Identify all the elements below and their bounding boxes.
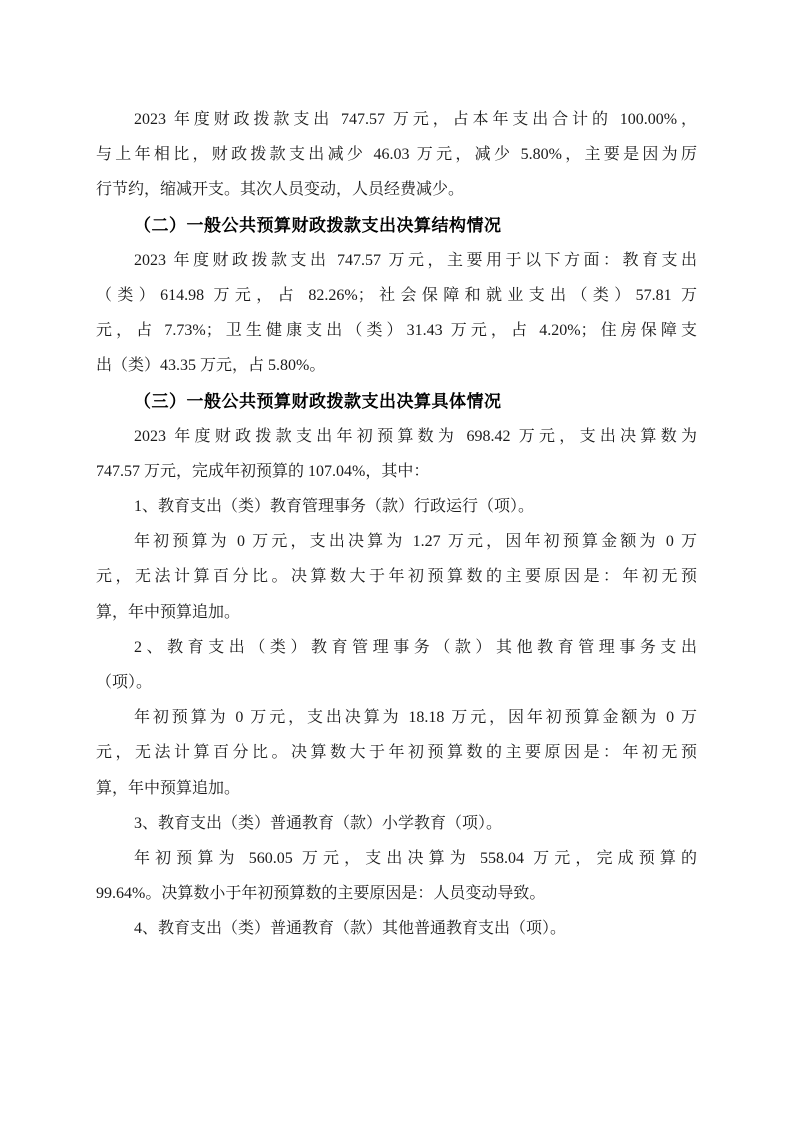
- paragraph-line: 出（类）43.35 万元，占 5.80%。: [96, 348, 697, 383]
- paragraph-line: 1、教育支出（类）教育管理事务（款）行政运行（项）。: [96, 489, 697, 524]
- paragraph-line: 2023 年度财政拨款支出 747.57 万元，主要用于以下方面：教育支出: [96, 243, 697, 278]
- document-page: 2023 年度财政拨款支出 747.57 万元，占本年支出合计的 100.00%…: [0, 0, 793, 1122]
- paragraph-line: 2023 年度财政拨款支出 747.57 万元，占本年支出合计的 100.00%…: [96, 102, 697, 137]
- paragraph-line: （类）614.98 万元，占 82.26%；社会保障和就业支出（类）57.81 …: [96, 278, 697, 313]
- paragraph-line: 行节约，缩减开支。其次人员变动，人员经费减少。: [96, 172, 697, 207]
- paragraph-line: 2023 年度财政拨款支出年初预算数为 698.42 万元，支出决算数为: [96, 419, 697, 454]
- paragraph-line: 与上年相比，财政拨款支出减少 46.03 万元，减少 5.80%，主要是因为厉: [96, 137, 697, 172]
- paragraph-line: 2、教育支出（类）教育管理事务（款）其他教育管理事务支出: [96, 630, 697, 665]
- paragraph-line: 年初预算为 0 万元，支出决算为 1.27 万元，因年初预算金额为 0 万: [96, 524, 697, 559]
- paragraph-line: （项）。: [96, 665, 697, 700]
- paragraph-line: 747.57 万元，完成年初预算的 107.04%，其中：: [96, 454, 697, 489]
- paragraph-line: 元，无法计算百分比。决算数大于年初预算数的主要原因是：年初无预: [96, 735, 697, 770]
- section-heading: （三）一般公共预算财政拨款支出决算具体情况: [96, 384, 697, 419]
- paragraph-line: 元，无法计算百分比。决算数大于年初预算数的主要原因是：年初无预: [96, 559, 697, 594]
- paragraph-line: 3、教育支出（类）普通教育（款）小学教育（项）。: [96, 806, 697, 841]
- paragraph-line: 算，年中预算追加。: [96, 595, 697, 630]
- paragraph-line: 元，占 7.73%；卫生健康支出（类）31.43 万元，占 4.20%；住房保障…: [96, 313, 697, 348]
- paragraph-line: 年初预算为 560.05 万元，支出决算为 558.04 万元，完成预算的: [96, 841, 697, 876]
- paragraph-line: 99.64%。决算数小于年初预算数的主要原因是：人员变动导致。: [96, 876, 697, 911]
- document-content: 2023 年度财政拨款支出 747.57 万元，占本年支出合计的 100.00%…: [96, 102, 697, 947]
- paragraph-line: 年初预算为 0 万元，支出决算为 18.18 万元，因年初预算金额为 0 万: [96, 700, 697, 735]
- section-heading: （二）一般公共预算财政拨款支出决算结构情况: [96, 208, 697, 243]
- paragraph-line: 4、教育支出（类）普通教育（款）其他普通教育支出（项）。: [96, 911, 697, 946]
- paragraph-line: 算，年中预算追加。: [96, 771, 697, 806]
